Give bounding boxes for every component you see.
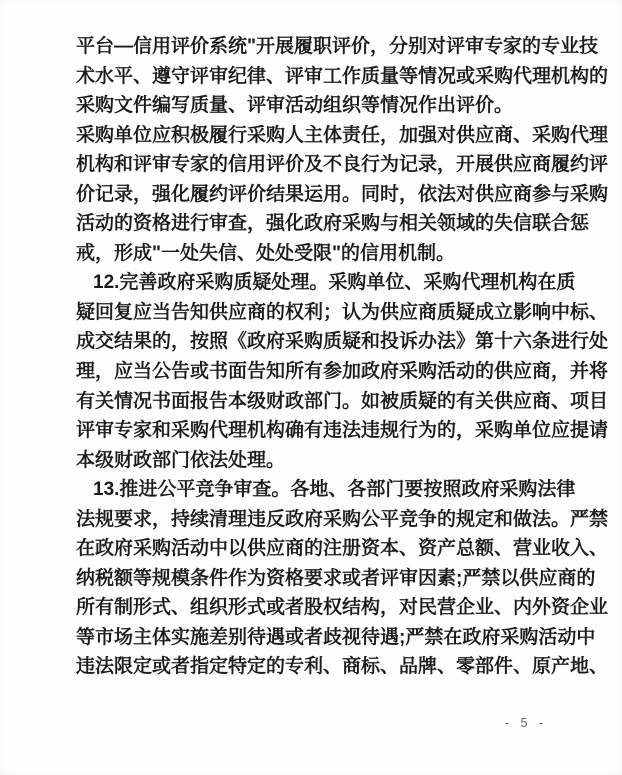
text-line: 等市场主体实施差别待遇或者歧视待遇;严禁在政府采购活动中 bbox=[76, 623, 575, 653]
text-line: 价记录，强化履约评价结果运用。同时，依法对供应商参与采购 bbox=[76, 180, 575, 210]
text-line: 成交结果的，按照《政府采购质疑和投诉办法》第十六条进行处 bbox=[76, 327, 575, 357]
text-line: 采购文件编写质量、评审活动组织等情况作出评价。 bbox=[76, 91, 575, 121]
text-line: 机构和评审专家的信用评价及不良行为记录，开展供应商履约评 bbox=[76, 150, 575, 180]
text-line: 平台—信用评价系统"开展履职评价，分别对评审专家的专业技 bbox=[76, 32, 575, 62]
text-line: 活动的资格进行审查，强化政府采购与相关领域的失信联合惩 bbox=[76, 209, 575, 239]
text-line: 戒，形成"一处失信、处处受限"的信用机制。 bbox=[76, 239, 575, 269]
text-line: 12.完善政府采购质疑处理。采购单位、采购代理机构在质 bbox=[76, 268, 575, 298]
text-line: 本级财政部门依法处理。 bbox=[76, 446, 575, 476]
text-line: 术水平、遵守评审纪律、评审工作质量等情况或采购代理机构的 bbox=[76, 62, 575, 92]
text-line: 采购单位应积极履行采购人主体责任，加强对供应商、采购代理 bbox=[76, 121, 575, 151]
page-number: - 5 - bbox=[498, 716, 554, 730]
text-line: 所有制形式、组织形式或者股权结构，对民营企业、内外资企业 bbox=[76, 593, 575, 623]
text-line: 有关情况书面报告本级财政部门。如被质疑的有关供应商、项目 bbox=[76, 387, 575, 417]
document-page: 平台—信用评价系统"开展履职评价，分别对评审专家的专业技术水平、遵守评审纪律、评… bbox=[0, 0, 622, 775]
text-line: 13.推进公平竞争审查。各地、各部门要按照政府采购法律 bbox=[76, 475, 575, 505]
text-line: 纳税额等规模条件作为资格要求或者评审因素;严禁以供应商的 bbox=[76, 564, 575, 594]
text-line: 疑回复应当告知供应商的权利；认为供应商质疑成立影响中标、 bbox=[76, 298, 575, 328]
text-line: 评审专家和采购代理机构确有违法违规行为的，采购单位应提请 bbox=[76, 416, 575, 446]
text-line: 理，应当公告或书面告知所有参加政府采购活动的供应商，并将 bbox=[76, 357, 575, 387]
document-text: 平台—信用评价系统"开展履职评价，分别对评审专家的专业技术水平、遵守评审纪律、评… bbox=[76, 32, 575, 682]
text-line: 在政府采购活动中以供应商的注册资本、资产总额、营业收入、 bbox=[76, 534, 575, 564]
text-line: 违法限定或者指定特定的专利、商标、品牌、零部件、原产地、 bbox=[76, 652, 575, 682]
text-line: 法规要求，持续清理违反政府采购公平竞争的规定和做法。严禁 bbox=[76, 505, 575, 535]
